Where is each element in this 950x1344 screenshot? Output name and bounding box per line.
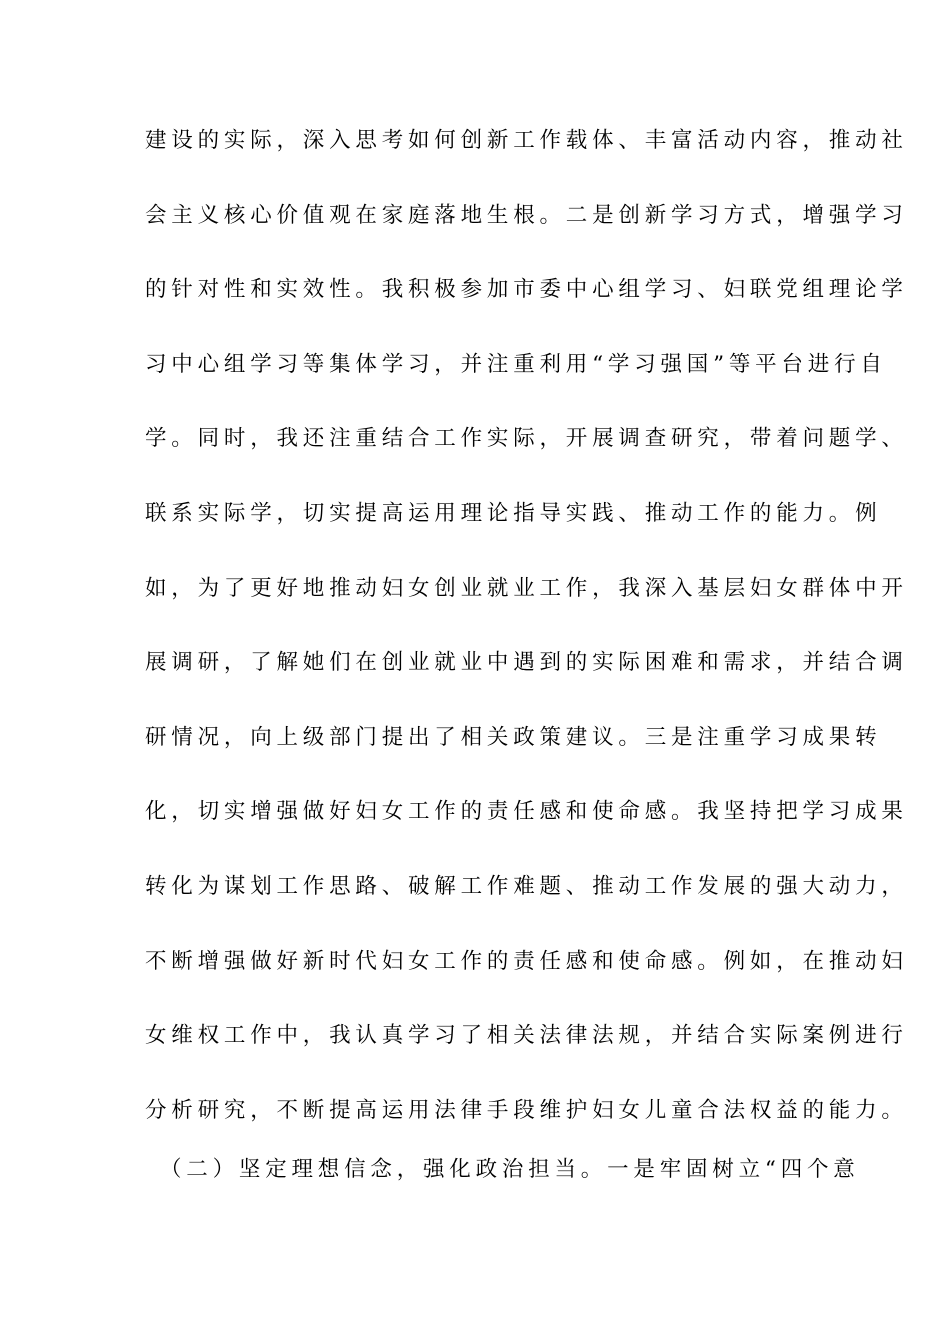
section-heading-line: （二）坚定理想信念，强化政治担当。一是牢固树立“四个意: [145, 1155, 805, 1185]
text-line: 化，切实增强做好妇女工作的责任感和使命感。我坚持把学习成果: [145, 797, 805, 827]
document-page: 建设的实际，深入思考如何创新工作载体、丰富活动内容，推动社 会主义核心价值观在家…: [0, 0, 950, 1344]
text-line: 如，为了更好地推动妇女创业就业工作，我深入基层妇女群体中开: [145, 574, 805, 604]
text-line: 展调研，了解她们在创业就业中遇到的实际困难和需求，并结合调: [145, 648, 805, 678]
text-line: 不断增强做好新时代妇女工作的责任感和使命感。例如，在推动妇: [145, 947, 805, 977]
text-line: 建设的实际，深入思考如何创新工作载体、丰富活动内容，推动社: [145, 126, 805, 156]
text-line: 学。同时，我还注重结合工作实际，开展调查研究，带着问题学、: [145, 424, 805, 454]
text-line: 分析研究，不断提高运用法律手段维护妇女儿童合法权益的能力。: [145, 1096, 805, 1126]
text-line: 习中心组学习等集体学习，并注重利用“学习强国”等平台进行自: [145, 350, 805, 380]
text-line: 联系实际学，切实提高运用理论指导实践、推动工作的能力。例: [145, 499, 805, 529]
text-line: 的针对性和实效性。我积极参加市委中心组学习、妇联党组理论学: [145, 275, 805, 305]
text-line: 研情况，向上级部门提出了相关政策建议。三是注重学习成果转: [145, 723, 805, 753]
text-line: 会主义核心价值观在家庭落地生根。二是创新学习方式，增强学习: [145, 201, 805, 231]
text-line: 转化为谋划工作思路、破解工作难题、推动工作发展的强大动力，: [145, 872, 805, 902]
text-line: 女维权工作中，我认真学习了相关法律法规，并结合实际案例进行: [145, 1021, 805, 1051]
